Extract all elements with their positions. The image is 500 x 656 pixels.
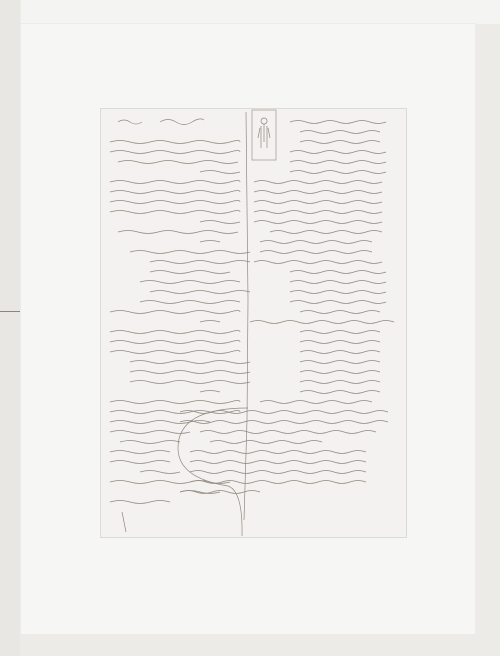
handwriting-layer — [0, 0, 500, 656]
